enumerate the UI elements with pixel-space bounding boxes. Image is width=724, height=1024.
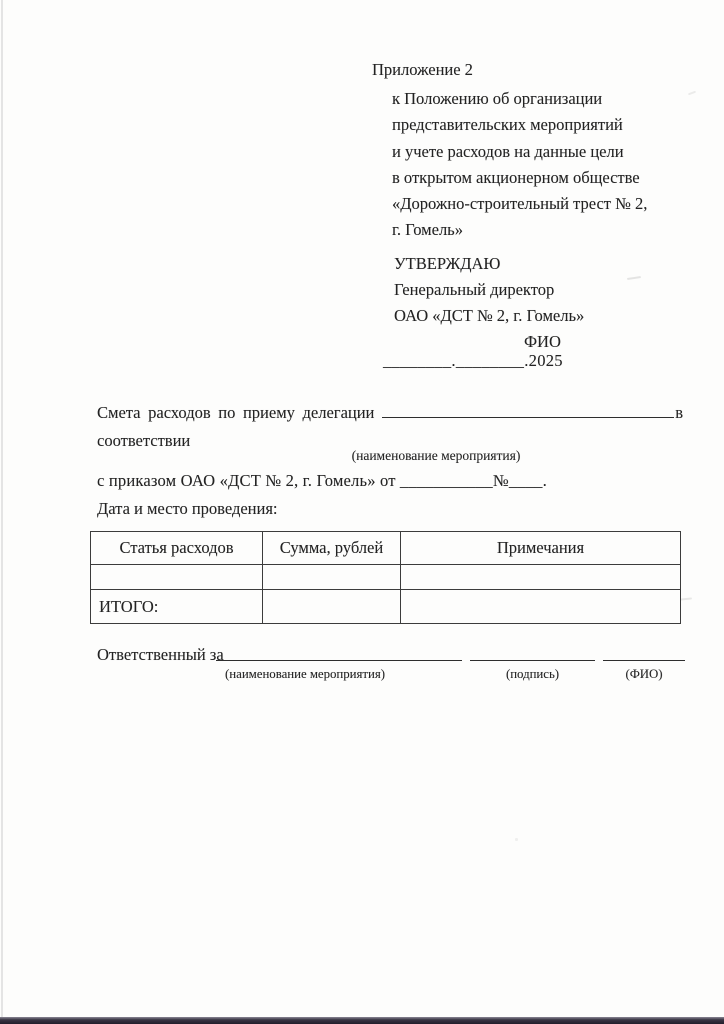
expense-table: Статья расходов Сумма, рублей Примечания… bbox=[90, 531, 681, 624]
table-header-row: Статья расходов Сумма, рублей Примечания bbox=[91, 532, 681, 565]
appendix-line: в открытом акционерном обществе bbox=[392, 165, 647, 191]
event-name-caption: (наименование мероприятия) bbox=[350, 448, 522, 464]
scan-edge-left bbox=[1, 0, 3, 1024]
estimate-line-suffix: в bbox=[675, 403, 683, 423]
footer-signature-caption: (подпись) bbox=[465, 667, 600, 682]
footer-fio-caption: (ФИО) bbox=[597, 667, 691, 682]
estimate-line-continuation: соответствии bbox=[97, 431, 190, 451]
scan-artifact bbox=[515, 838, 518, 841]
signature-blank bbox=[470, 645, 595, 661]
scan-artifact bbox=[688, 91, 696, 96]
approval-organization: ОАО «ДСТ № 2, г. Гомель» bbox=[394, 306, 584, 326]
approval-position: Генеральный директор bbox=[394, 280, 554, 300]
table-cell bbox=[401, 590, 681, 624]
estimate-line: Смета расходов по приему делегации в bbox=[97, 403, 683, 423]
scanned-document-page: Приложение 2 к Положению об организации … bbox=[0, 0, 724, 1024]
column-header-expense-item: Статья расходов bbox=[91, 532, 263, 565]
responsible-event-blank bbox=[216, 645, 462, 661]
footer-event-caption: (наименование мероприятия) bbox=[225, 667, 385, 682]
order-reference-line: с приказом ОАО «ДСТ № 2, г. Гомель» от _… bbox=[97, 471, 547, 491]
approval-date-blank: ________.________.2025 bbox=[383, 351, 563, 371]
table-total-row: ИТОГО: bbox=[91, 590, 681, 624]
estimate-line-text: Смета расходов по приему делегации bbox=[97, 403, 374, 423]
column-header-notes: Примечания bbox=[401, 532, 681, 565]
responsible-label: Ответственный за bbox=[97, 645, 224, 665]
table-cell bbox=[263, 590, 401, 624]
total-label-cell: ИТОГО: bbox=[91, 590, 263, 624]
appendix-title: Приложение 2 bbox=[372, 60, 473, 80]
appendix-line: представительских мероприятий bbox=[392, 112, 647, 138]
appendix-line: г. Гомель» bbox=[392, 217, 647, 243]
table-cell bbox=[263, 565, 401, 590]
appendix-reference-block: к Положению об организации представитель… bbox=[392, 86, 647, 244]
appendix-line: и учете расходов на данные цели bbox=[392, 139, 647, 165]
table-cell bbox=[401, 565, 681, 590]
appendix-line: к Положению об организации bbox=[392, 86, 647, 112]
approval-fio-label: ФИО bbox=[524, 332, 561, 352]
approval-title: УТВЕРЖДАЮ bbox=[394, 254, 500, 274]
scan-edge-bottom bbox=[0, 1017, 724, 1024]
fio-blank bbox=[603, 645, 685, 661]
column-header-amount: Сумма, рублей bbox=[263, 532, 401, 565]
appendix-line: «Дорожно-строительный трест № 2, bbox=[392, 191, 647, 217]
table-cell bbox=[91, 565, 263, 590]
table-row bbox=[91, 565, 681, 590]
scan-artifact bbox=[680, 597, 692, 600]
scan-artifact bbox=[627, 276, 641, 280]
date-place-label: Дата и место проведения: bbox=[97, 499, 278, 519]
event-name-blank bbox=[382, 404, 674, 418]
